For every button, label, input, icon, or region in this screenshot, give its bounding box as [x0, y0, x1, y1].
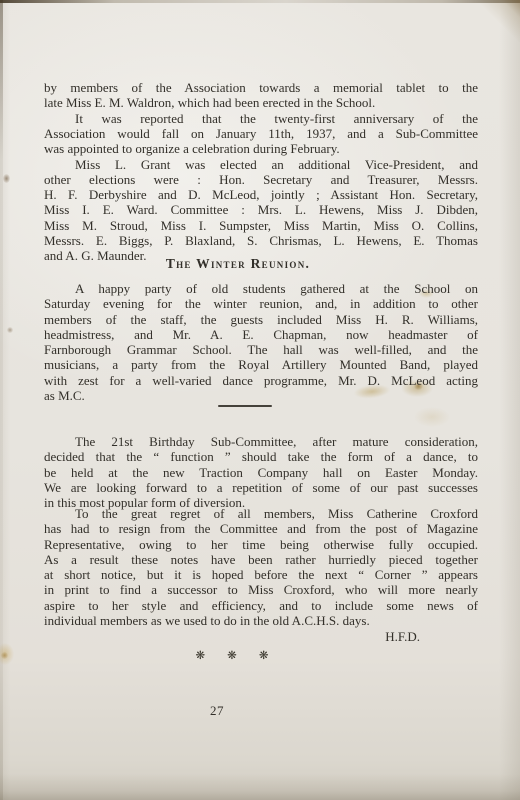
text-line: aspire to her style and efficiency, and …: [44, 598, 478, 613]
text-line: Miss L. Grant was elected an additional …: [44, 157, 478, 172]
page-number: 27: [0, 703, 434, 719]
paragraph: To the great regret of all members, Miss…: [44, 506, 478, 628]
stain: [3, 174, 10, 183]
text-line: at short notice, but it is hoped before …: [44, 567, 478, 582]
text-line: members of the staff, the guests include…: [44, 312, 478, 327]
stain: [7, 327, 13, 333]
text-line: A happy party of old students gathered a…: [44, 281, 478, 296]
text-line: headmistress, and Mr. A. E. Chapman, now…: [44, 327, 478, 342]
section-heading: The Winter Reunion.: [21, 256, 455, 272]
text-line: other elections were : Hon. Secretary an…: [44, 172, 478, 187]
text-line: by members of the Association towards a …: [44, 80, 478, 95]
text-line: The 21st Birthday Sub-Committee, after m…: [44, 434, 478, 449]
asterisk-ornament-icon: ❋: [227, 648, 237, 662]
asterisk-ornament-icon: ❋: [196, 648, 206, 662]
text-line: decided that the “ function ” should tak…: [44, 449, 478, 464]
divider-rule: [218, 405, 272, 407]
text-line: was appointed to organize a celebration …: [44, 141, 478, 156]
text-line: musicians, a party from the Royal Artill…: [44, 357, 478, 372]
paragraph: Miss L. Grant was elected an additional …: [44, 157, 478, 264]
text-line: Messrs. E. Biggs, P. Blaxland, S. Chrism…: [44, 233, 478, 248]
paragraph: It was reported that the twenty-first an…: [44, 111, 478, 157]
text-line: As a result these notes have been rather…: [44, 552, 478, 567]
text-line: It was reported that the twenty-first an…: [44, 111, 478, 126]
text-line: We are looking forward to a repetition o…: [44, 480, 478, 495]
text-line: late Miss E. M. Waldron, which had been …: [44, 95, 478, 110]
text-line: To the great regret of all members, Miss…: [44, 506, 478, 521]
stain: [414, 407, 450, 427]
text-line: in print to find a successor to Miss Cro…: [44, 582, 478, 597]
page-left-edge-shadow: [0, 0, 3, 800]
paragraph: by members of the Association towards a …: [44, 80, 478, 111]
text-line: Association would fall on January 11th, …: [44, 126, 478, 141]
signature-initials: H.F.D.: [44, 629, 478, 644]
text-line: with zest for a well-varied dance progra…: [44, 373, 478, 388]
asterisk-ornament-icon: ❋: [259, 648, 269, 662]
paragraph: The 21st Birthday Sub-Committee, after m…: [44, 434, 478, 510]
paragraph: A happy party of old students gathered a…: [44, 281, 478, 403]
ornament-asterisks: ❋❋❋: [15, 648, 449, 662]
page-corner-curl: [476, 0, 520, 48]
page-top-edge-shadow: [0, 0, 520, 3]
text-line: Miss M. Stroud, Miss I. Sumpster, Miss M…: [44, 218, 478, 233]
text-line: Miss I. E. Ward. Committee : Mrs. L. Hew…: [44, 202, 478, 217]
page-bottom-shadow: [0, 774, 520, 800]
text-line: individual members as we used to do in t…: [44, 613, 478, 628]
text-line: as M.C.: [44, 388, 478, 403]
section-divider: [44, 405, 478, 407]
text-line: Farnborough Grammar School. The hall was…: [44, 342, 478, 357]
scanned-page: by members of the Association towards a …: [0, 0, 520, 800]
text-line: Saturday evening for the winter reunion,…: [44, 296, 478, 311]
text-line: has had to resign from the Committee and…: [44, 521, 478, 536]
text-line: Representative, owing to her time being …: [44, 537, 478, 552]
text-line: be held at the new Traction Company hall…: [44, 465, 478, 480]
text-line: H. F. Derbyshire and D. McLeod, jointly …: [44, 187, 478, 202]
